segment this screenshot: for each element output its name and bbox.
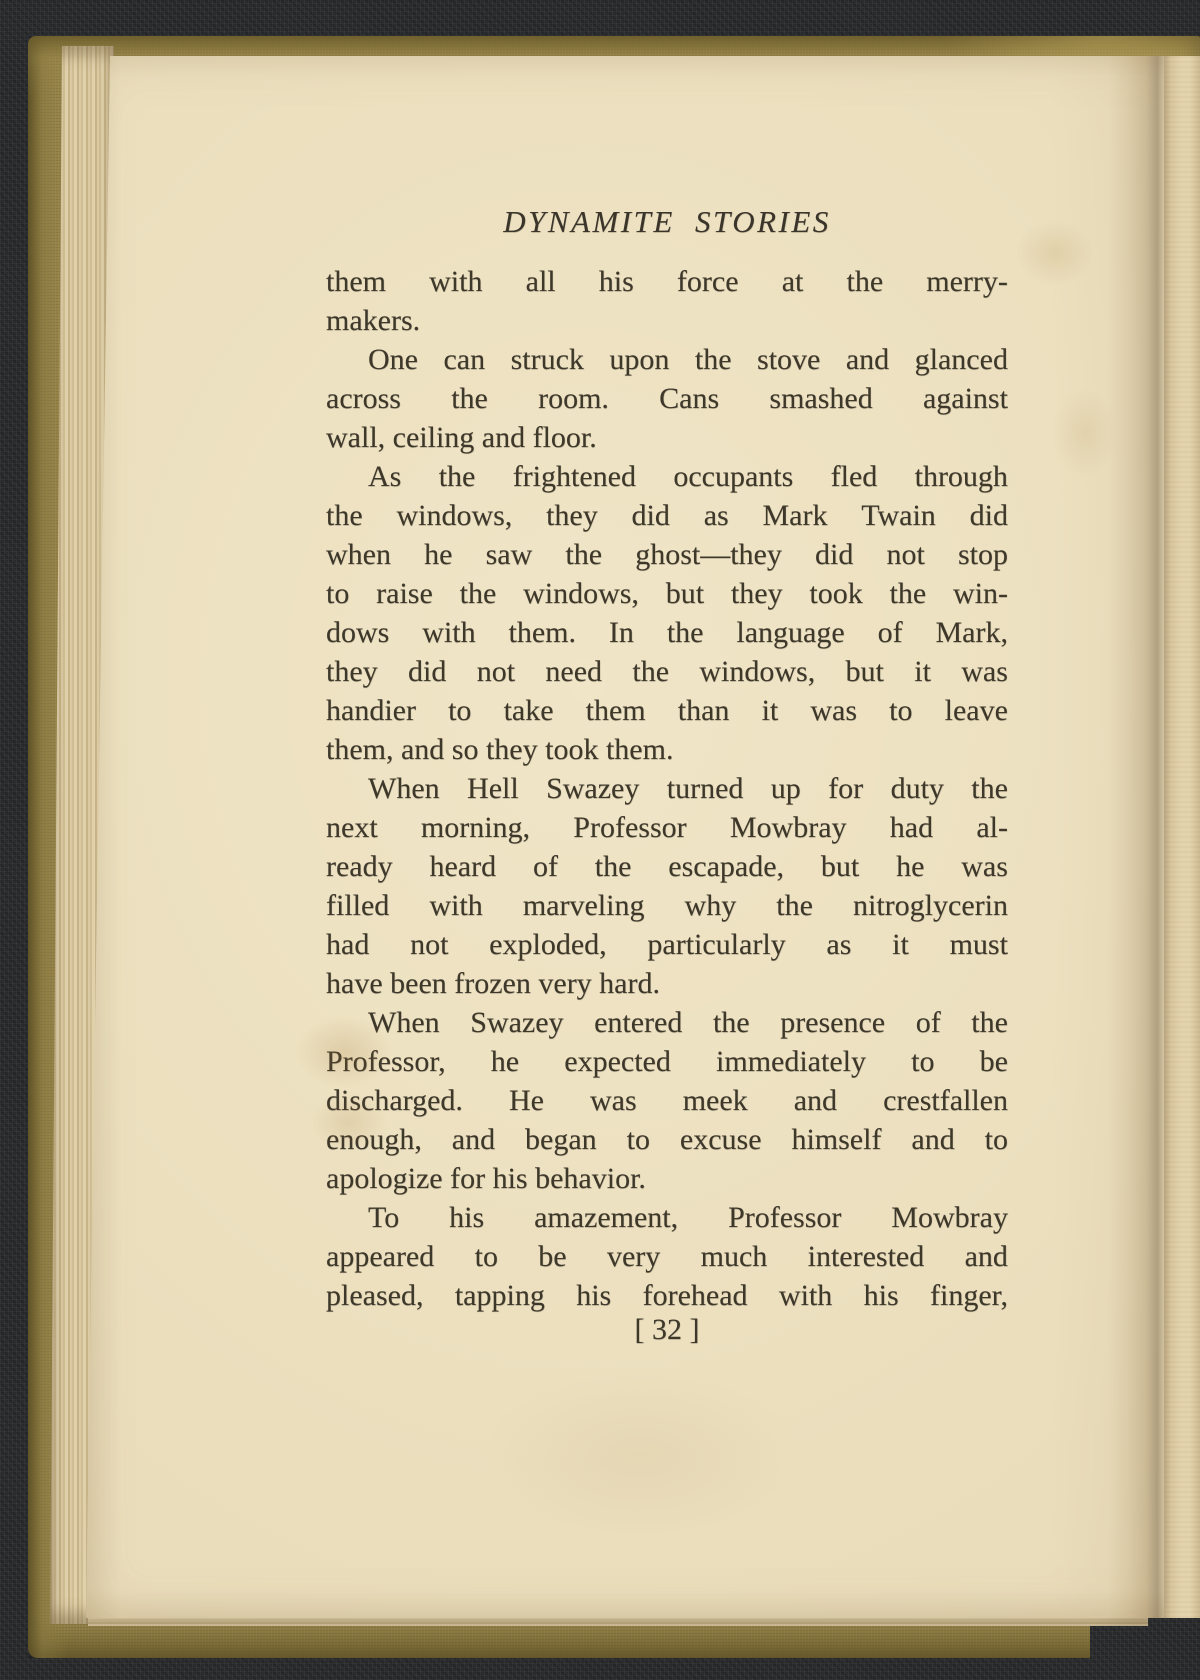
text-line: hadnotexploded,particularlyasitmust — [326, 925, 1008, 964]
scanned-book-photo: DYNAMITE STORIES themwithallhisforceatth… — [0, 0, 1200, 1680]
page-number: [ 32 ] — [326, 1308, 1008, 1352]
text-line: Professor,heexpectedimmediatelytobe — [326, 1042, 1008, 1081]
text-line: Asthefrightenedoccupantsfledthrough — [326, 457, 1008, 496]
text-line: whenhesawtheghost—theydidnotstop — [326, 535, 1008, 574]
text-line: WhenSwazeyenteredthepresenceofthe — [326, 1003, 1008, 1042]
text-line: readyheardoftheescapade,buthewas — [326, 847, 1008, 886]
text-line: have been frozen very hard. — [326, 964, 1008, 1003]
text-line: enough,andbegantoexcusehimselfandto — [326, 1120, 1008, 1159]
text-line: discharged.Hewasmeekandcrestfallen — [326, 1081, 1008, 1120]
text-line: appearedtobeverymuchinterestedand — [326, 1237, 1008, 1276]
text-line: thewindows,theydidasMarkTwaindid — [326, 496, 1008, 535]
running-header: DYNAMITE STORIES — [326, 202, 1008, 241]
text-line: WhenHellSwazeyturnedupfordutythe — [326, 769, 1008, 808]
gutter-fold-shadow — [1108, 56, 1164, 1618]
text-line: nextmorning,ProfessorMowbrayhadal- — [326, 808, 1008, 847]
text-line: toraisethewindows,buttheytookthewin- — [326, 574, 1008, 613]
text-line: Onecanstruckuponthestoveandglanced — [326, 340, 1008, 379]
text-line: Tohisamazement,ProfessorMowbray — [326, 1198, 1008, 1237]
body-text: themwithallhisforceatthemerry-makers.One… — [326, 262, 1008, 1315]
text-line: wall, ceiling and floor. — [326, 418, 1008, 457]
text-line: makers. — [326, 301, 1008, 340]
text-line: dowswiththem.InthelanguageofMark, — [326, 613, 1008, 652]
text-line: them, and so they took them. — [326, 730, 1008, 769]
text-line: apologize for his behavior. — [326, 1159, 1008, 1198]
text-line: acrosstheroom.Canssmashedagainst — [326, 379, 1008, 418]
text-line: themwithallhisforceatthemerry- — [326, 262, 1008, 301]
text-line: handiertotakethemthanitwastoleave — [326, 691, 1008, 730]
adjacent-page-edge — [1164, 56, 1200, 1618]
text-line: theydidnotneedthewindows,butitwas — [326, 652, 1008, 691]
printed-text-block: DYNAMITE STORIES themwithallhisforceatth… — [326, 202, 1008, 1315]
text-line: filledwithmarvelingwhythenitroglycerin — [326, 886, 1008, 925]
